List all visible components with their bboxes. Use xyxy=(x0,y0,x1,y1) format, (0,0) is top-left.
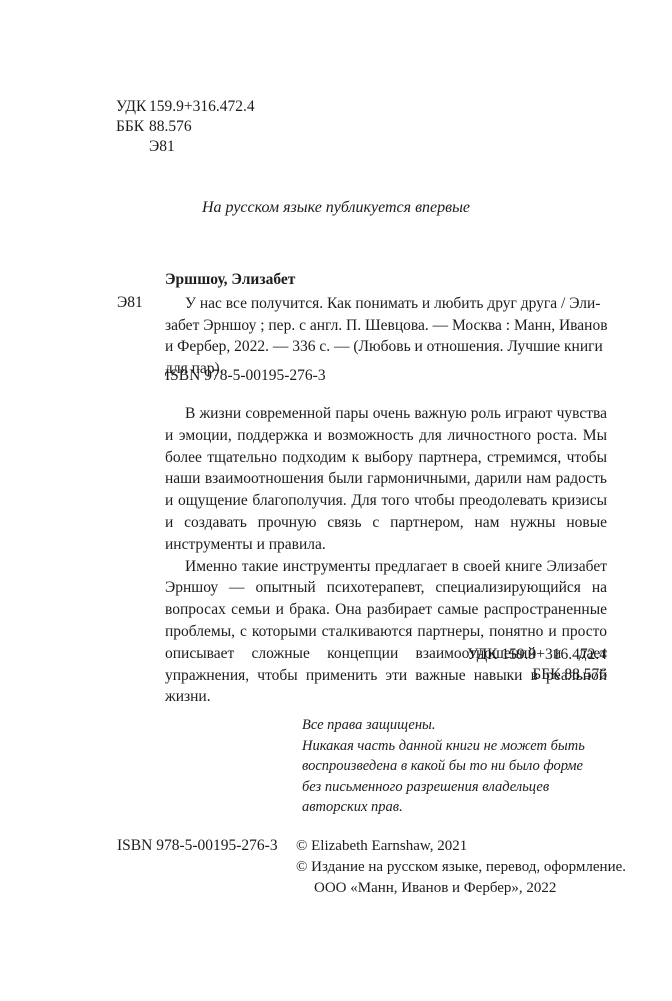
rights-line: Никакая часть данной книги не может быть xyxy=(302,736,585,757)
annotation-paragraph: Именно такие инструменты предлагает в св… xyxy=(165,556,607,709)
bbk-row: ББК 88.576 xyxy=(116,117,255,137)
udk-bottom: УДК 159.9+316.472.4 xyxy=(467,645,607,665)
udk-value: 159.9+316.472.4 xyxy=(149,97,255,117)
copyright-line: © Elizabeth Earnshaw, 2021 xyxy=(296,836,626,857)
biblio-line: и Фербер, 2022. — 336 с. — (Любовь и отн… xyxy=(165,336,607,358)
biblio-line: забет Эрншоу ; пер. с англ. П. Шевцова. … xyxy=(165,315,607,337)
udk-label: УДК xyxy=(116,97,149,117)
bbk-bottom: ББК 88.576 xyxy=(467,665,607,685)
bbk-value: 88.576 xyxy=(149,117,192,137)
author-mark: Э81 xyxy=(117,293,143,313)
annotation-paragraph: В жизни современной пары очень важную ро… xyxy=(165,403,607,556)
copyright-block: © Elizabeth Earnshaw, 2021 © Издание на … xyxy=(296,836,626,899)
udk-row: УДК 159.9+316.472.4 xyxy=(116,97,255,117)
bbk-label: ББК xyxy=(116,117,149,137)
rights-line: авторских прав. xyxy=(302,797,585,818)
classification-block-top: УДК 159.9+316.472.4 ББК 88.576 Э81 xyxy=(116,97,255,157)
rights-line: Все права защищены. xyxy=(302,715,585,736)
rights-line: без письменного разрешения владельцев xyxy=(302,777,585,798)
rights-notice: Все права защищены. Никакая часть данной… xyxy=(302,715,585,818)
isbn-footer: ISBN 978-5-00195-276-3 xyxy=(117,836,278,856)
rights-line: воспроизведена в какой бы то ни было фор… xyxy=(302,756,585,777)
first-publication-note: На русском языке публикуется впервые xyxy=(0,198,672,218)
author-heading: Эршшоу, Элизабет xyxy=(165,270,295,290)
copyright-line: © Издание на русском языке, перевод, офо… xyxy=(296,857,626,878)
biblio-line: У нас все получится. Как понимать и люби… xyxy=(165,293,607,315)
classification-block-bottom: УДК 159.9+316.472.4 ББК 88.576 xyxy=(467,645,607,685)
copyright-line: ООО «Манн, Иванов и Фербер», 2022 xyxy=(296,878,626,899)
isbn-record: ISBN 978-5-00195-276-3 xyxy=(165,366,326,386)
author-code: Э81 xyxy=(116,137,255,157)
